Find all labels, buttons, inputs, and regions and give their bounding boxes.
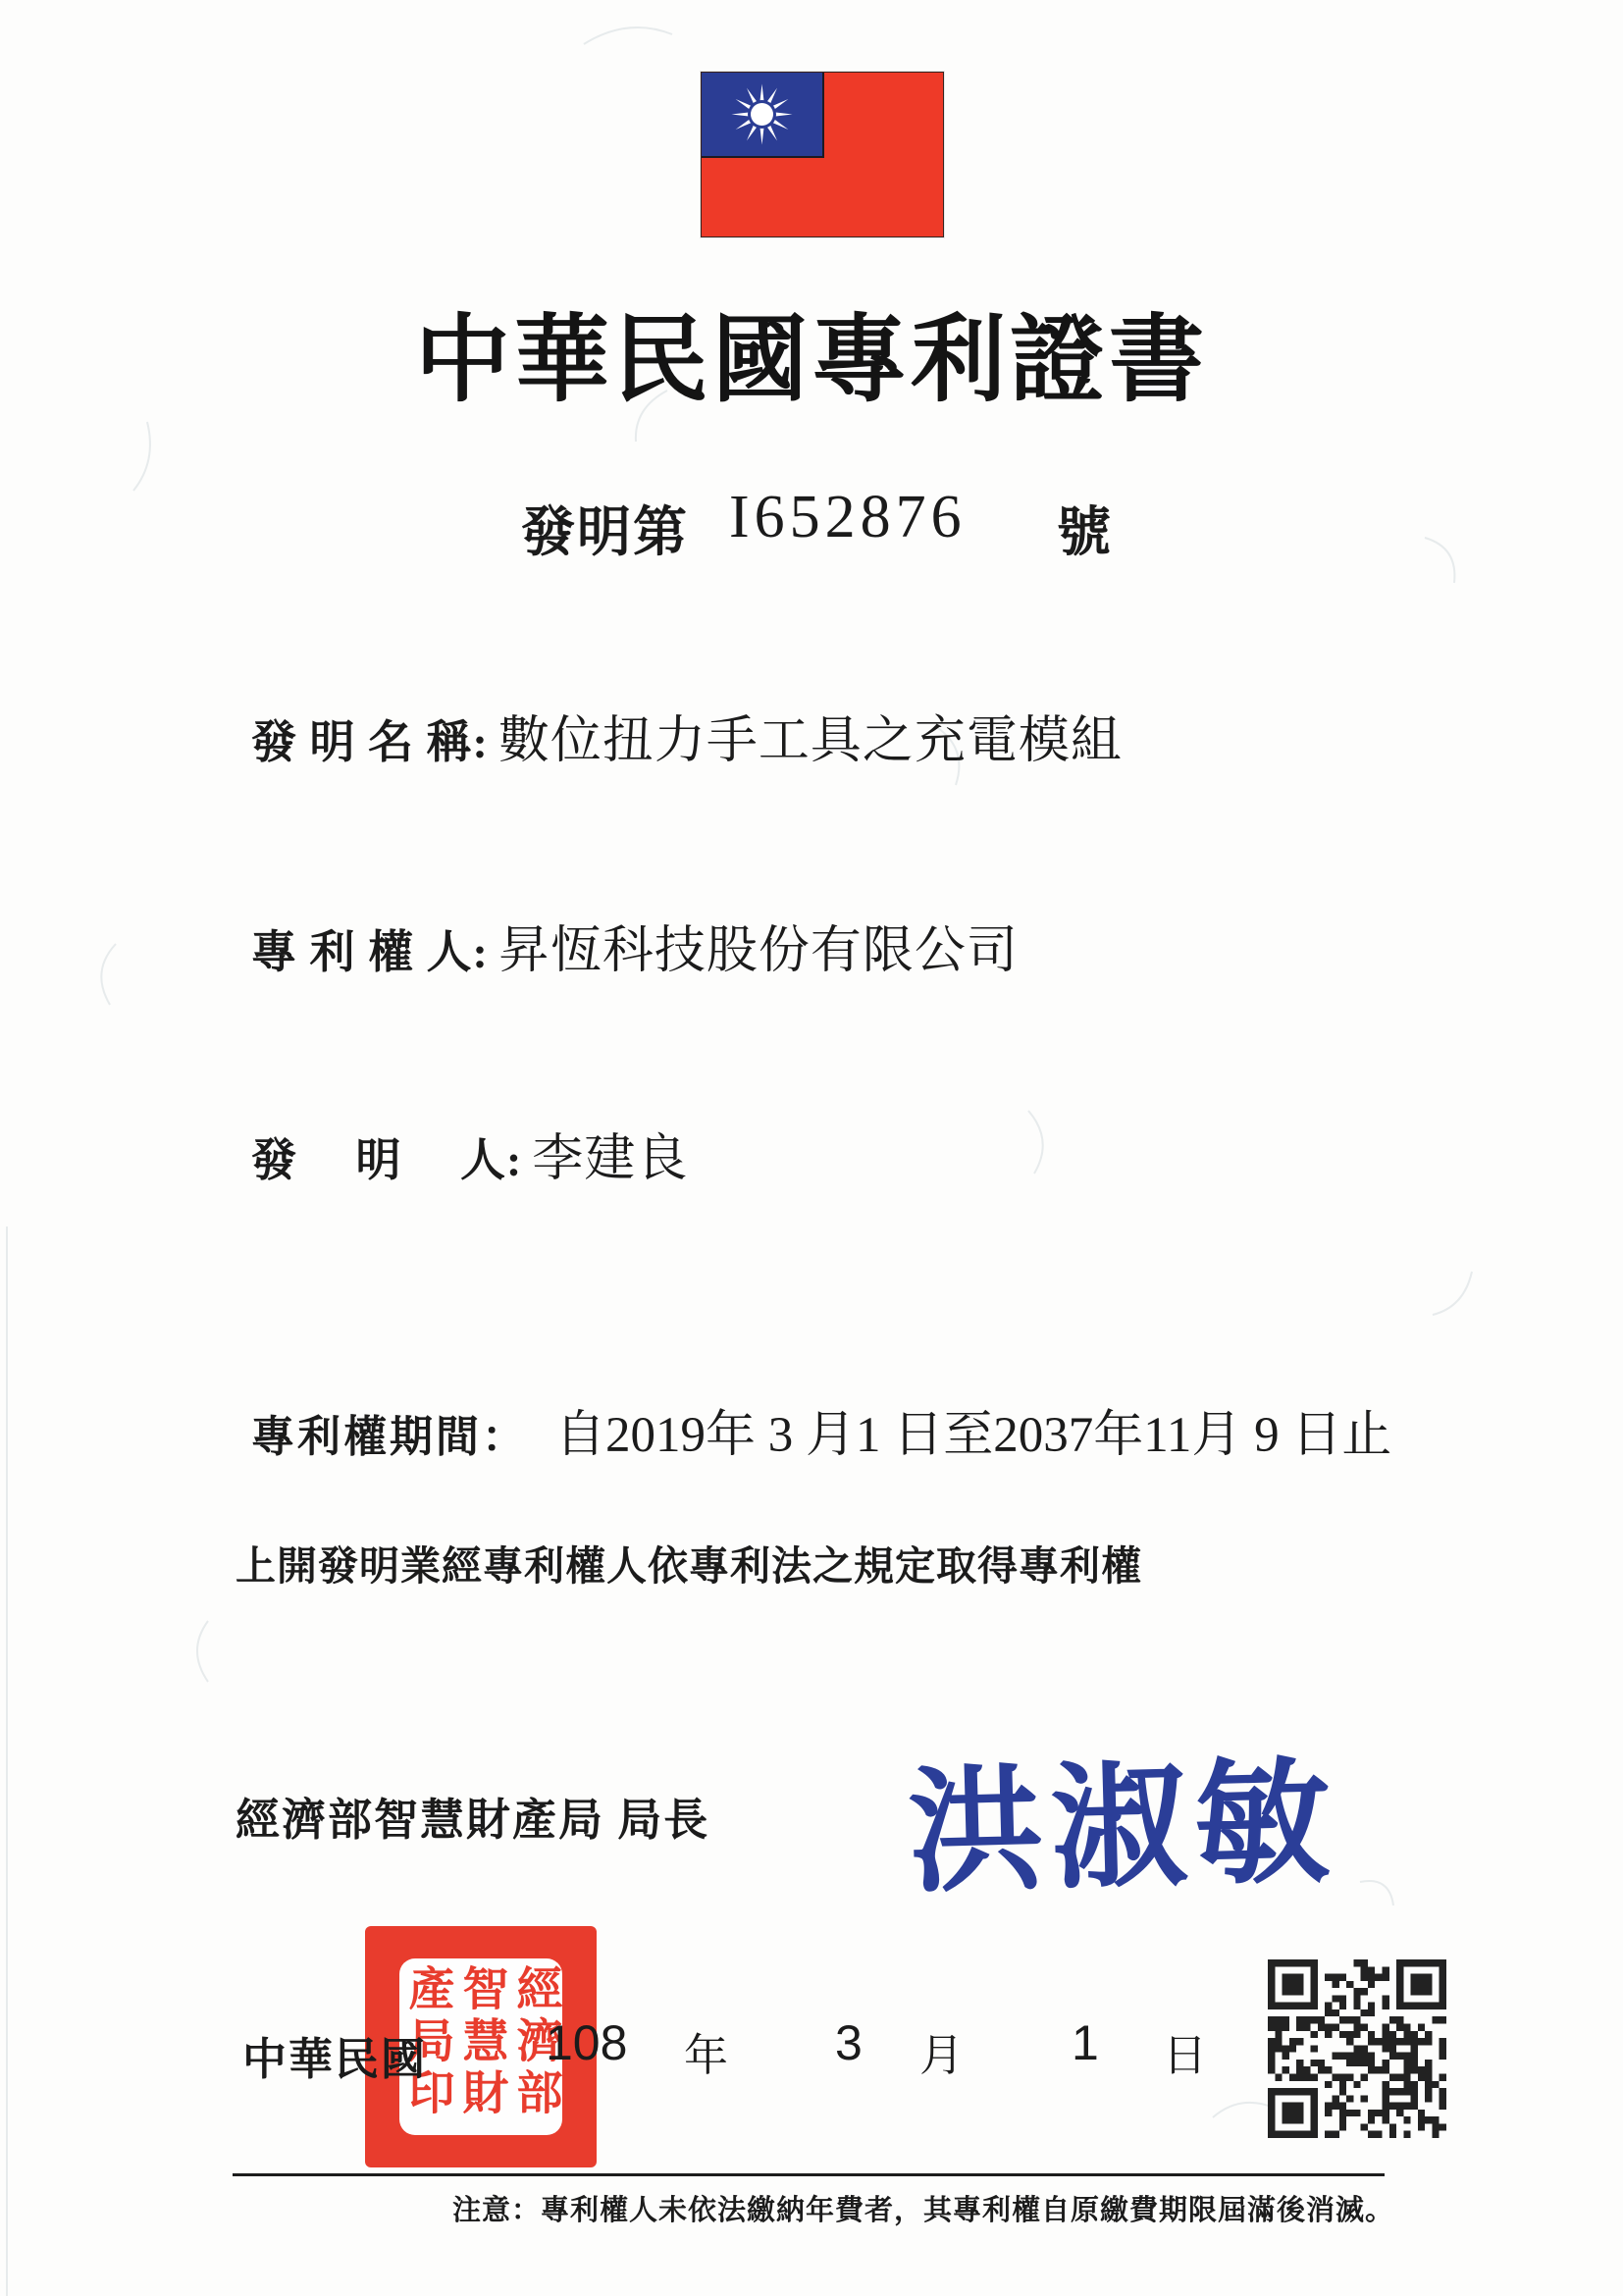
day-unit: 日 <box>1163 2019 1207 2083</box>
patent-number-suffix: 號 <box>1057 489 1111 566</box>
flag-canton <box>702 73 824 158</box>
agency-title: 經濟部智慧財產局 局長 <box>236 1784 709 1848</box>
inventor-value: 李建良 <box>532 1131 688 1187</box>
patent-term-row: 專利權期間：自2019年 3 月1 日至2037年11月 9 日止 <box>236 1376 1391 1484</box>
invention-name-label: 發 明 名 稱: <box>251 717 489 767</box>
patentee-row: 專 利 權 人:昇恆科技股份有限公司 <box>236 891 1019 1000</box>
footer-divider <box>233 2173 1385 2176</box>
patent-number: I652876 <box>729 483 967 552</box>
invention-name-row: 發 明 名 稱:數位扭力手工具之充電模組 <box>236 681 1123 790</box>
patentee-value: 昇恆科技股份有限公司 <box>498 923 1019 979</box>
invention-name-value: 數位扭力手工具之充電模組 <box>498 713 1123 769</box>
month-unit: 月 <box>919 2019 964 2083</box>
footer-note: 注意：專利權人未依法繳納年費者，其專利權自原繳費期限屆滿後消滅。 <box>452 2188 1394 2228</box>
issue-year: 108 <box>546 2014 627 2071</box>
year-unit: 年 <box>684 2019 728 2083</box>
issue-month: 3 <box>835 2014 863 2071</box>
white-sun-icon <box>702 73 822 156</box>
patent-term-label: 專利權期間： <box>251 1413 528 1461</box>
inventor-label: 發 明 人: <box>251 1135 522 1185</box>
patentee-label: 專 利 權 人: <box>251 927 489 977</box>
qr-code <box>1268 1959 1446 2138</box>
issue-day: 1 <box>1072 2014 1099 2071</box>
era-label: 中華民國 <box>242 2023 427 2087</box>
director-signature: 洪淑敏 <box>905 1713 1339 1918</box>
patent-type-prefix: 發明第 <box>521 489 689 566</box>
legal-statement: 上開發明業經專利權人依專利法之規定取得專利權 <box>236 1534 1142 1592</box>
taiwan-flag <box>701 72 944 237</box>
patent-certificate-page: 中華民國專利證書 發明第 I652876 號 發 明 名 稱:數位扭力手工具之充… <box>0 0 1623 2296</box>
inventor-row: 發 明 人:李建良 <box>236 1099 688 1208</box>
certificate-title: 中華民國專利證書 <box>0 283 1623 420</box>
patent-term-value: 自2019年 3 月1 日至2037年11月 9 日止 <box>555 1408 1391 1463</box>
